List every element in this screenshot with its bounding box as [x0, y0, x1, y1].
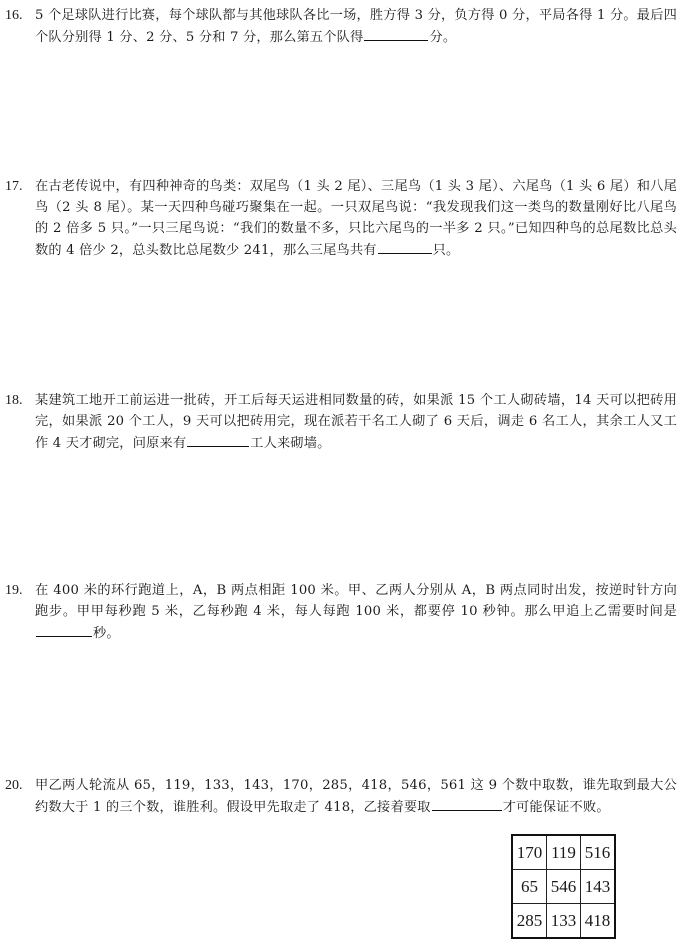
number-grid: 170 119 516 65 546 143 285 133 418 [511, 834, 616, 939]
problem-text: 在古老传说中，有四种神奇的鸟类：双尾鸟（1 头 2 尾）、三尾鸟（1 头 3 尾… [35, 176, 677, 261]
problem-number: 18. [5, 390, 35, 411]
problem-text-before: 某建筑工地开工前运进一批砖，开工后每天运进相同数量的砖，如果派 15 个工人砌砖… [35, 393, 677, 451]
grid-cell: 133 [547, 904, 581, 939]
problem-text-after: 只。 [433, 243, 460, 258]
problem-text-before: 在 400 米的环行跑道上，A，B 两点相距 100 米。甲、乙两人分别从 A，… [35, 583, 677, 619]
problem-text-before: 5 个足球队进行比赛，每个球队都与其他球队各比一场，胜方得 3 分，负方得 0 … [35, 8, 677, 45]
answer-blank[interactable] [378, 239, 432, 254]
problem-16: 16. 5 个足球队进行比赛，每个球队都与其他球队各比一场，胜方得 3 分，负方… [5, 5, 677, 48]
problem-20: 20. 甲乙两人轮流从 65，119，133，143，170，285，418，5… [5, 775, 677, 818]
problem-text-after: 秒。 [93, 626, 120, 641]
answer-blank[interactable] [364, 26, 428, 41]
problem-number: 16. [5, 5, 35, 26]
problem-text: 5 个足球队进行比赛，每个球队都与其他球队各比一场，胜方得 3 分，负方得 0 … [35, 5, 677, 48]
grid-row: 65 546 143 [512, 870, 615, 904]
grid-cell: 119 [547, 835, 581, 870]
problem-17: 17. 在古老传说中，有四种神奇的鸟类：双尾鸟（1 头 2 尾）、三尾鸟（1 头… [5, 176, 677, 261]
problem-number: 17. [5, 176, 35, 197]
grid-row: 285 133 418 [512, 904, 615, 939]
problem-text: 在 400 米的环行跑道上，A，B 两点相距 100 米。甲、乙两人分别从 A，… [35, 580, 677, 644]
grid-cell: 418 [581, 904, 616, 939]
grid-row: 170 119 516 [512, 835, 615, 870]
grid-cell: 285 [512, 904, 547, 939]
problem-18: 18. 某建筑工地开工前运进一批砖，开工后每天运进相同数量的砖，如果派 15 个… [5, 390, 677, 454]
problem-text-after: 分。 [429, 30, 456, 45]
grid-cell: 546 [547, 870, 581, 904]
problem-text-after: 才可能保证不败。 [503, 800, 610, 815]
problem-text-before: 在古老传说中，有四种神奇的鸟类：双尾鸟（1 头 2 尾）、三尾鸟（1 头 3 尾… [35, 179, 677, 258]
problem-text: 甲乙两人轮流从 65，119，133，143，170，285，418，546，5… [35, 775, 677, 818]
answer-blank[interactable] [36, 622, 92, 637]
grid-cell: 516 [581, 835, 616, 870]
problem-19: 19. 在 400 米的环行跑道上，A，B 两点相距 100 米。甲、乙两人分别… [5, 580, 677, 644]
grid-cell: 170 [512, 835, 547, 870]
grid-cell: 143 [581, 870, 616, 904]
problem-text-after: 工人来砌墙。 [250, 436, 330, 451]
problem-number: 20. [5, 775, 35, 796]
answer-blank[interactable] [187, 432, 249, 447]
problem-number: 19. [5, 580, 35, 601]
grid-cell: 65 [512, 870, 547, 904]
answer-blank[interactable] [432, 796, 502, 811]
problem-text: 某建筑工地开工前运进一批砖，开工后每天运进相同数量的砖，如果派 15 个工人砌砖… [35, 390, 677, 454]
